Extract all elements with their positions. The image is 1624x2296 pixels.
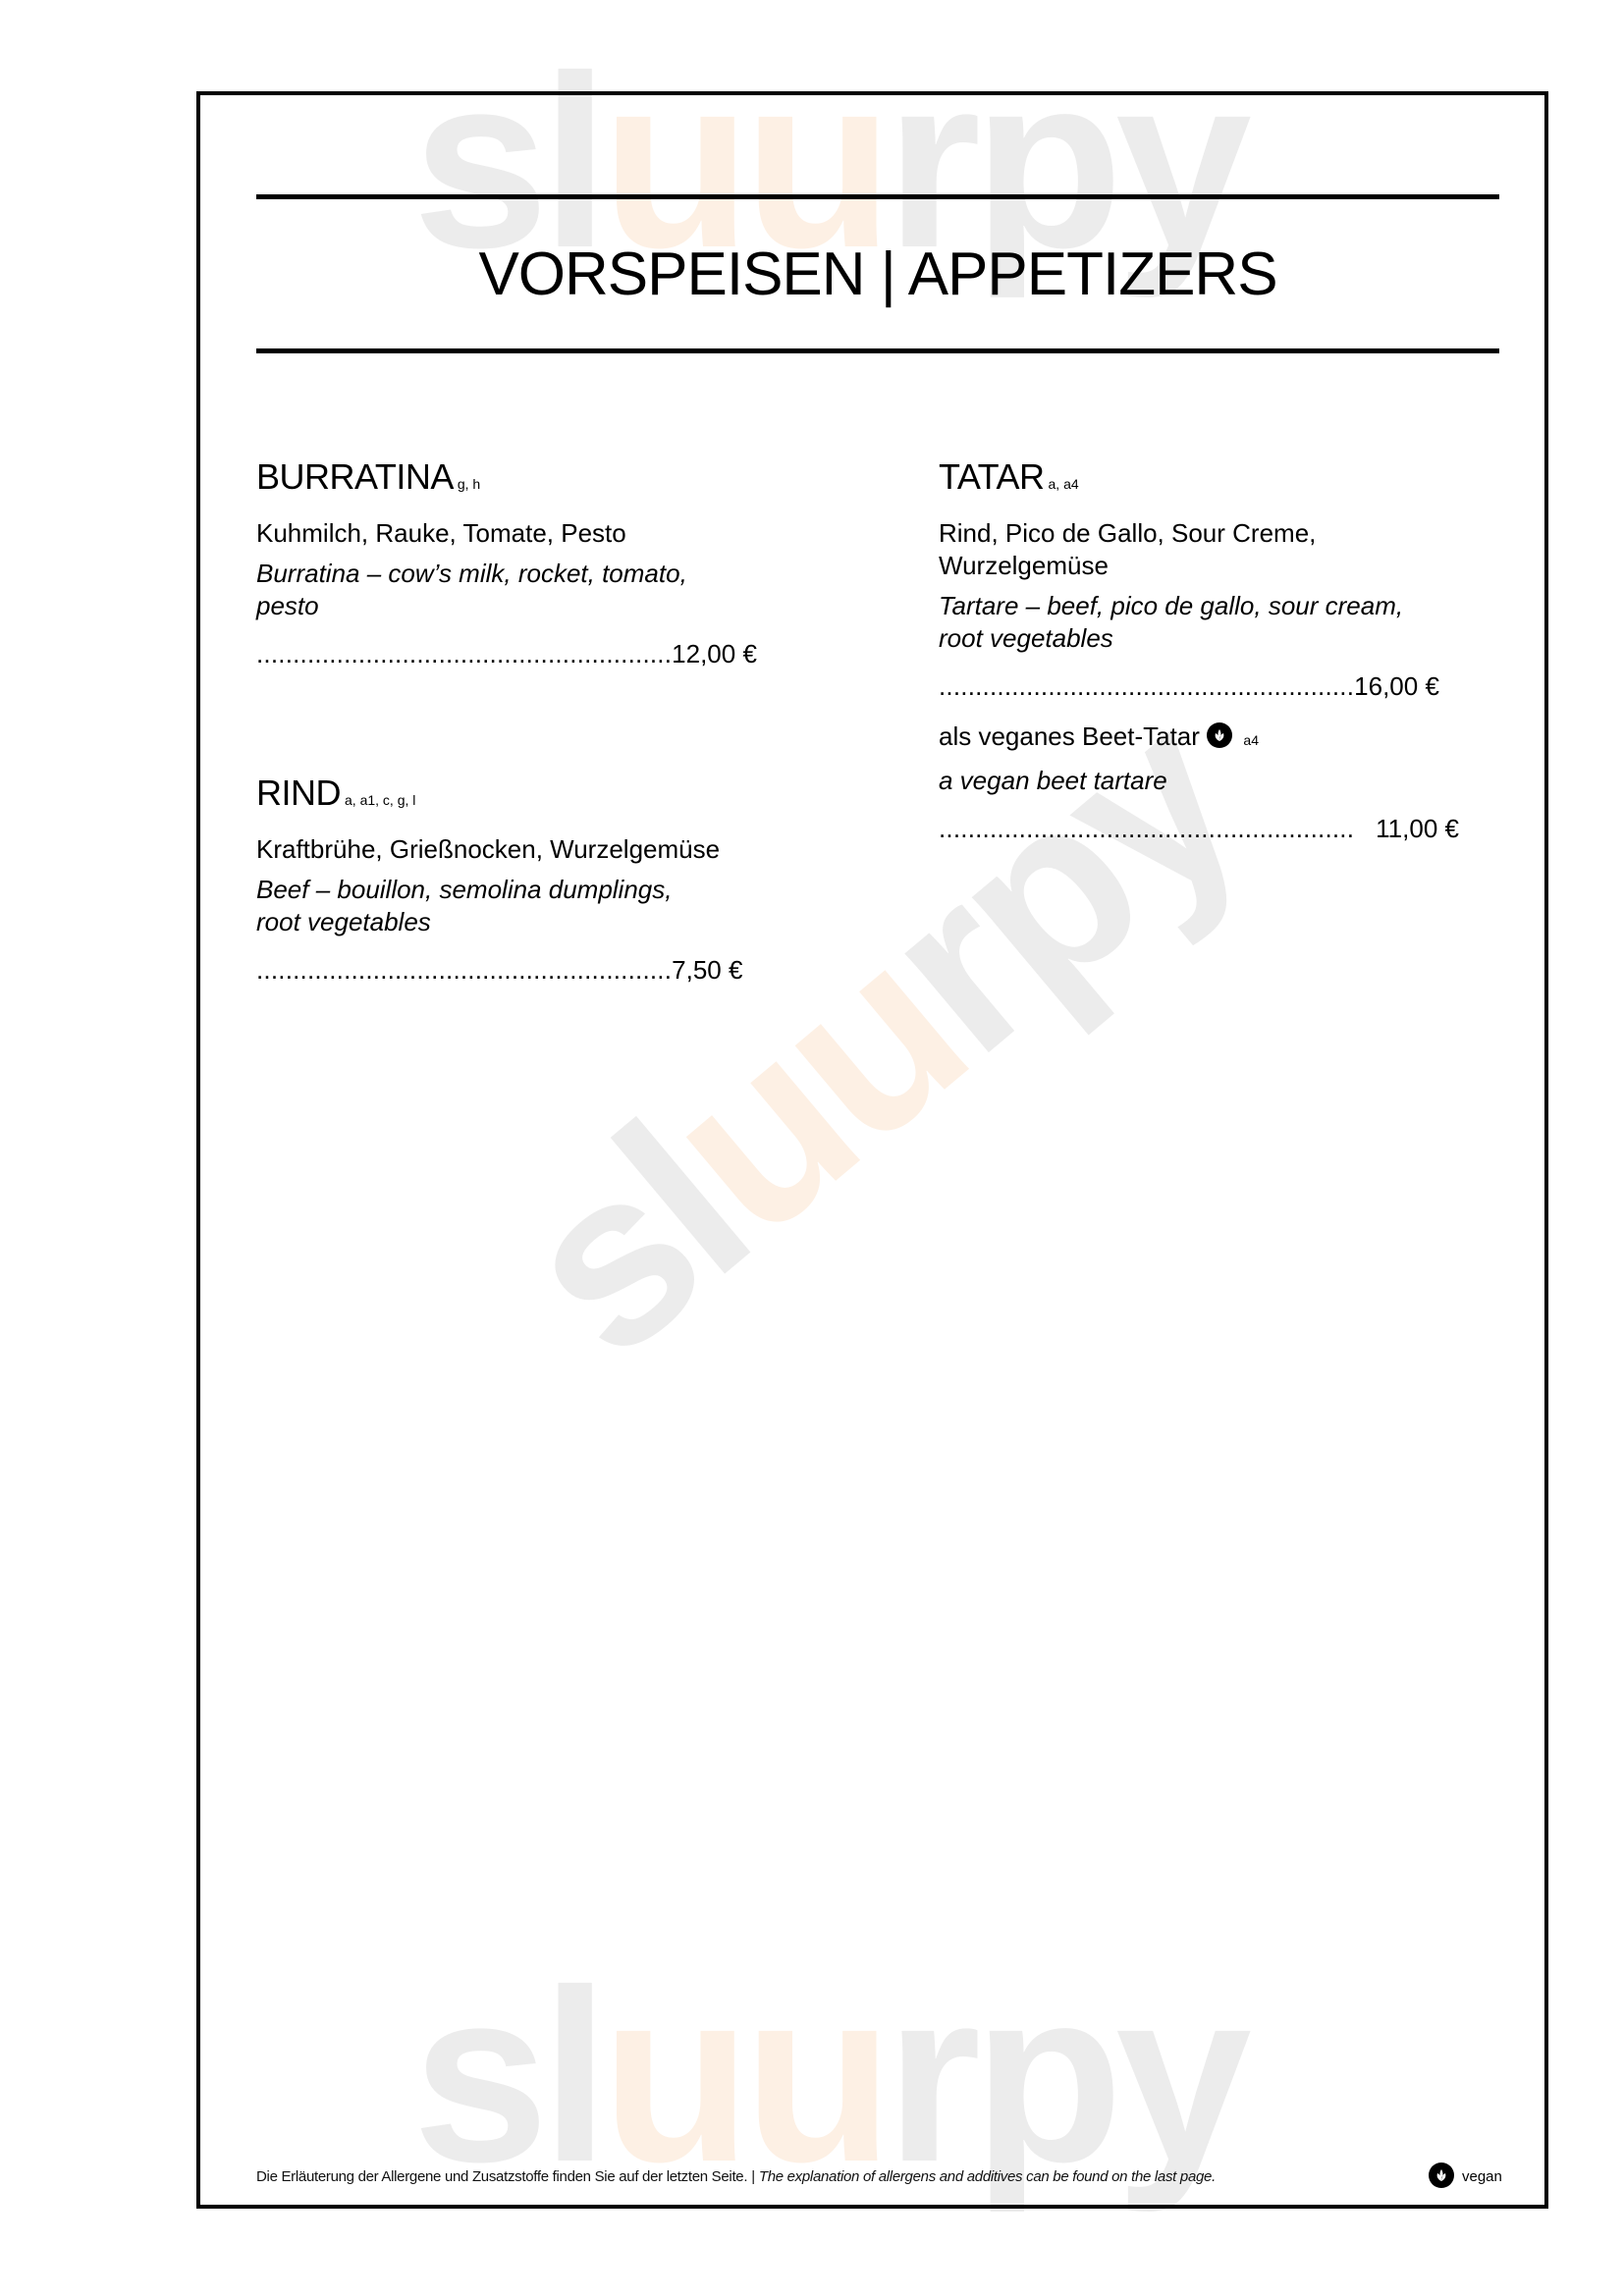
- title-rule-top: [256, 194, 1499, 199]
- price: 12,00 €: [672, 639, 757, 668]
- variant-vegan-beet-tatar: als veganes Beet-Tatar a4: [939, 721, 1528, 757]
- dish-title: RIND: [256, 773, 341, 813]
- description-english-line: root vegetables: [256, 906, 845, 938]
- description-english-line: root vegetables: [939, 622, 1528, 655]
- allergen-codes: a4: [1243, 732, 1259, 748]
- description-english-line: Burratina – cow’s milk, rocket, tomato,: [256, 558, 845, 590]
- price-line: ........................................…: [256, 638, 845, 670]
- description-german: Rind, Pico de Gallo, Sour Creme, Wurzelg…: [939, 517, 1528, 582]
- description-german: Kraftbrühe, Grießnocken, Wurzelgemüse: [256, 833, 845, 866]
- legend-label: vegan: [1462, 2168, 1502, 2185]
- footnote-english: The explanation of allergens and additiv…: [759, 2168, 1216, 2185]
- description-english-line: Beef – bouillon, semolina dumplings,: [256, 874, 845, 906]
- variant-description-english: a vegan beet tartare: [939, 765, 1528, 797]
- footnote-separator: |: [751, 2168, 755, 2185]
- vegan-legend: vegan: [1429, 2163, 1502, 2188]
- leader-dots: ........................................…: [256, 955, 672, 985]
- price: 11,00 €: [1376, 814, 1459, 843]
- price: 16,00 €: [1354, 671, 1439, 701]
- variant-name: als veganes Beet-Tatar: [939, 721, 1200, 751]
- description-english-line: pesto: [256, 590, 845, 622]
- price-line: ........................................…: [939, 670, 1528, 703]
- vegan-leaf-icon: [1207, 722, 1232, 748]
- description-german-line: Rind, Pico de Gallo, Sour Creme,: [939, 517, 1528, 550]
- leader-dots: ........................................…: [939, 814, 1354, 843]
- description-german-line: Wurzelgemüse: [939, 550, 1528, 582]
- dish-title: TATAR: [939, 456, 1045, 497]
- description-english: Beef – bouillon, semolina dumplings, roo…: [256, 874, 845, 938]
- allergen-footnote: Die Erläuterung der Allergene und Zusatz…: [256, 2167, 1216, 2187]
- menu-item-rind: RINDa, a1, c, g, l Kraftbrühe, Grießnock…: [256, 772, 845, 987]
- leader-dots: ........................................…: [939, 671, 1354, 701]
- vegan-leaf-icon: [1429, 2163, 1454, 2188]
- dish-name: TATARa, a4: [939, 455, 1528, 506]
- page-title: VORSPEISEN | APPETIZERS: [256, 240, 1499, 310]
- description-english: Tartare – beef, pico de gallo, sour crea…: [939, 590, 1528, 655]
- dish-title: BURRATINA: [256, 456, 454, 497]
- allergen-codes: a, a1, c, g, l: [345, 792, 415, 808]
- dish-name: BURRATINAg, h: [256, 455, 845, 506]
- menu-item-tatar: TATARa, a4 Rind, Pico de Gallo, Sour Cre…: [939, 455, 1528, 845]
- leader-dots: ........................................…: [256, 639, 672, 668]
- description-german: Kuhmilch, Rauke, Tomate, Pesto: [256, 517, 845, 550]
- description-english-line: Tartare – beef, pico de gallo, sour crea…: [939, 590, 1528, 622]
- menu-item-burratina: BURRATINAg, h Kuhmilch, Rauke, Tomate, P…: [256, 455, 845, 670]
- footnote-german: Die Erläuterung der Allergene und Zusatz…: [256, 2168, 747, 2185]
- title-rule-bottom: [256, 348, 1499, 353]
- allergen-codes: a, a4: [1049, 476, 1079, 492]
- price: 7,50 €: [672, 955, 742, 985]
- dish-name: RINDa, a1, c, g, l: [256, 772, 845, 822]
- price-line: ........................................…: [256, 954, 845, 987]
- variant-price-line: ........................................…: [939, 813, 1528, 845]
- page-frame: [196, 91, 1548, 2209]
- allergen-codes: g, h: [458, 476, 480, 492]
- description-english: Burratina – cow’s milk, rocket, tomato, …: [256, 558, 845, 622]
